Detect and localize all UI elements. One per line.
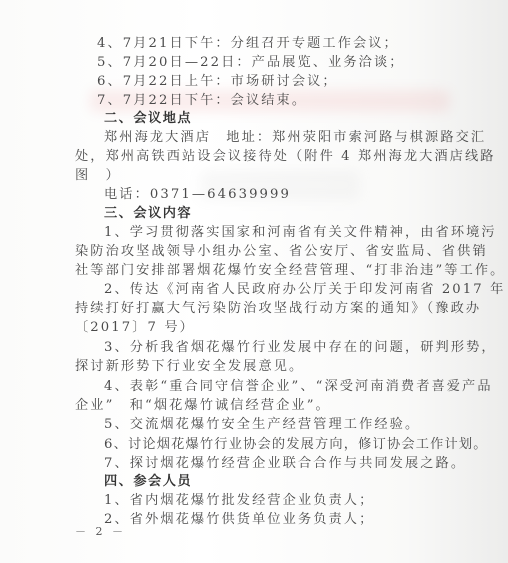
venue-phone: 电话：0371—64639999 xyxy=(104,185,291,205)
venue-line: 图 ） xyxy=(75,166,121,186)
content-line: 5、交流烟花爆竹安全生产经营管理工作经验。 xyxy=(104,415,420,435)
schedule-item: 5、7月20日—22日：产品展览、业务洽谈； xyxy=(97,53,405,73)
content-line: 6、讨论烟花爆竹行业协会的发展方向，修订协会工作计划。 xyxy=(104,435,488,455)
schedule-item: 4、7月21日下午：分组召开专题工作会议； xyxy=(97,34,399,54)
page-number: － 2 － xyxy=(75,523,126,539)
venue-line: 郑州海龙大酒店 地址：郑州荥阳市索河路与棋源路交汇 xyxy=(104,128,486,148)
content-line: 社等部门安排部署烟花爆竹安全经营管理、“打非治违”等工作。 xyxy=(75,261,505,281)
venue-line: 处，郑州高铁西站设会议接待处（附件 4 郑州海龙大酒店线路 xyxy=(75,147,496,167)
schedule-item: 6、7月22日上午：市场研讨会议； xyxy=(97,72,338,92)
content-line: 2、传达《河南省人民政府办公厅关于印发河南省 2017 年 xyxy=(104,280,505,300)
section-heading-content: 三、会议内容 xyxy=(104,204,192,224)
content-line: 企业” 和“烟花爆竹诚信经营企业”。 xyxy=(75,396,331,416)
content-line: 1、学习贯彻落实国家和河南省有关文件精神，由省环境污 xyxy=(104,223,497,243)
attendee-line: 1、省内烟花爆竹批发经营企业负责人； xyxy=(104,491,374,511)
section-heading-attendees: 四、参会人员 xyxy=(104,472,192,492)
document-page: 4、7月21日下午：分组召开专题工作会议； 5、7月20日—22日：产品展览、业… xyxy=(0,0,508,563)
content-line: 持续打好打赢大气污染防治攻坚战行动方案的通知》（豫政办 xyxy=(75,299,481,319)
content-line: 染防治攻坚战领导小组办公室、省公安厅、省安监局、省供销 xyxy=(75,242,488,262)
attendee-line: 2、省外烟花爆竹供货单位业务负责人； xyxy=(104,510,374,530)
content-line: 3、分析我省烟花爆竹行业发展中存在的问题，研判形势， xyxy=(104,338,497,358)
content-line: 4、表彰“重合同守信誉企业”、“深受河南消费者喜爱产品 xyxy=(104,377,493,397)
content-line: 〔2017〕7 号） xyxy=(75,318,195,338)
content-line: 7、探讨烟花爆竹经营企业联合合作与共同发展之路。 xyxy=(104,454,466,474)
content-line: 探讨新形势下行业安全发展意见。 xyxy=(75,357,304,377)
schedule-item: 7、7月22日下午：会议结束。 xyxy=(97,91,307,111)
section-heading-venue: 二、会议地点 xyxy=(104,109,192,129)
